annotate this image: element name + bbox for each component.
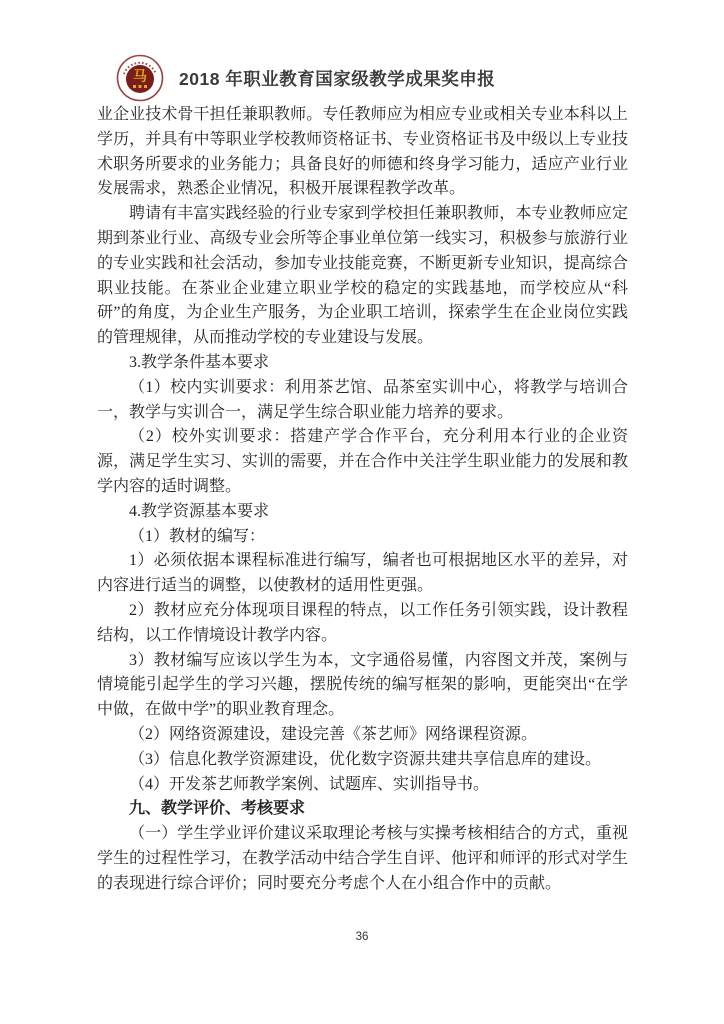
document-page: 马 2018 年职业教育国家级教学成果奖申报 业企业技术骨干担任兼职教师。专任教… — [0, 0, 724, 1024]
document-title: 2018 年职业教育国家级教学成果奖申报 — [179, 66, 495, 91]
document-header: 马 2018 年职业教育国家级教学成果奖申报 — [116, 54, 495, 102]
section-heading: 九、教学评价、考核要求 — [97, 797, 628, 822]
seal-horse-glyph: 马 — [133, 68, 147, 85]
list-item-heading: 4.教学资源基本要求 — [97, 500, 628, 525]
body-paragraph: （一）学生学业评价建议采取理论考核与实操考核相结合的方式，重视学生的过程性学习，… — [97, 822, 628, 896]
list-item: （2）网络资源建设，建设完善《茶艺师》网络课程资源。 — [97, 723, 628, 748]
document-body: 业企业技术骨干担任兼职教师。专任教师应为相应专业或相关专业本科以上学历，并具有中… — [97, 103, 628, 897]
school-seal-icon: 马 — [116, 54, 164, 102]
list-item: 1）必须依据本课程标准进行编写，编者也可根据地区水平的差异，对内容进行适当的调整… — [97, 549, 628, 599]
list-item: （1）教材的编写： — [97, 525, 628, 550]
list-item: （4）开发茶艺师教学案例、试题库、实训指导书。 — [97, 773, 628, 798]
list-item: 3）教材编写应该以学生为本，文字通俗易懂，内容图文并茂，案例与情境能引起学生的学… — [97, 649, 628, 723]
list-item: 2）教材应充分体现项目课程的特点，以工作任务引领实践，设计教程结构，以工作情境设… — [97, 599, 628, 649]
list-item: （3）信息化教学资源建设，优化数字资源共建共享信息库的建设。 — [97, 748, 628, 773]
body-paragraph: 业企业技术骨干担任兼职教师。专任教师应为相应专业或相关专业本科以上学历，并具有中… — [97, 103, 628, 202]
list-item: （1）校内实训要求：利用茶艺馆、品茶室实训中心，将教学与培训合一，教学与实训合一… — [97, 376, 628, 426]
list-item-heading: 3.教学条件基本要求 — [97, 351, 628, 376]
list-item: （2）校外实训要求：搭建产学合作平台，充分利用本行业的企业资源，满足学生实习、实… — [97, 425, 628, 499]
body-paragraph: 聘请有丰富实践经验的行业专家到学校担任兼职教师，本专业教师应定期到茶业行业、高级… — [97, 202, 628, 351]
page-number: 36 — [0, 931, 724, 943]
